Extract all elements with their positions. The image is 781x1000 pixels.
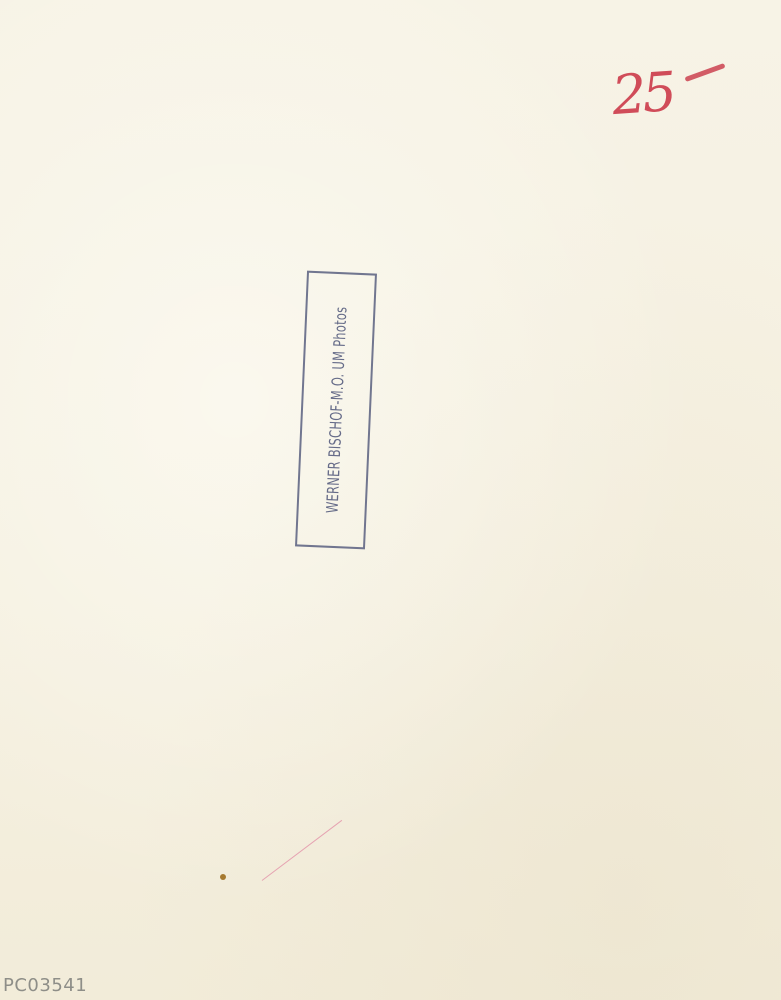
catalog-number: PC03541 bbox=[3, 975, 87, 996]
photographer-stamp: WERNER BISCHOF-M.O. UM Photos bbox=[295, 271, 377, 550]
photo-verso-paper bbox=[0, 0, 781, 1000]
handwritten-number: 25 bbox=[610, 60, 675, 127]
stain-spot bbox=[220, 874, 226, 880]
stamp-text: WERNER BISCHOF-M.O. UM Photos bbox=[322, 306, 350, 513]
